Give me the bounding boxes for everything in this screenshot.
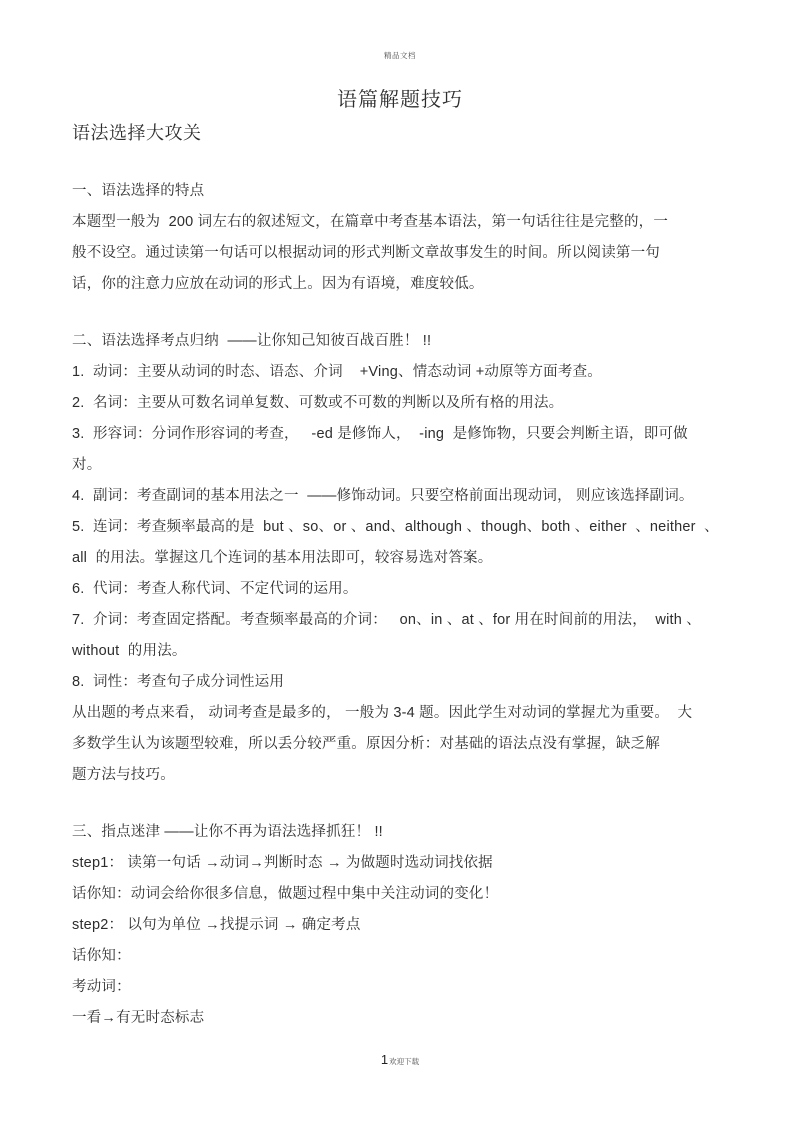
section-heading: 一、语法选择的特点: [72, 176, 772, 207]
document-title: 语篇解题技巧: [0, 83, 800, 112]
document-section: 一、语法选择的特点本题型一般为 200 词左右的叙述短文，在篇章中考查基本语法，…: [72, 176, 772, 300]
text-line: 4. 副词：考查副词的基本用法之一 ——修饰动词。只要空格前面出现动词， 则应该…: [72, 481, 772, 512]
document-page: 精品文档 语篇解题技巧 语法选择大攻关 一、语法选择的特点本题型一般为 200 …: [0, 0, 800, 1132]
text-line: 本题型一般为 200 词左右的叙述短文，在篇章中考查基本语法，第一句话往往是完整…: [72, 207, 772, 238]
text-line: all 的用法。掌握这几个连词的基本用法即可，较容易选对答案。: [72, 543, 772, 574]
text-line: 3. 形容词：分词作形容词的考查， -ed 是修饰人， -ing 是修饰物，只要…: [72, 419, 772, 450]
text-line: 6. 代词：考查人称代词、不定代词的运用。: [72, 574, 772, 605]
text-line: 多数学生认为该题型较难，所以丢分较严重。原因分析：对基础的语法点没有掌握，缺乏解: [72, 729, 772, 760]
text-line: 话你知：动词会给你很多信息，做题过程中集中关注动词的变化！: [72, 879, 772, 910]
section-heading: 三、指点迷津 ——让你不再为语法选择抓狂！ !!: [72, 817, 772, 848]
text-line: 考动词：: [72, 972, 772, 1003]
text-line: 一看→有无时态标志: [72, 1003, 772, 1034]
text-line: 7. 介词：考查固定搭配。考查频率最高的介词： on、in 、at 、for 用…: [72, 605, 772, 636]
document-subtitle: 语法选择大攻关: [72, 119, 202, 145]
text-line: step2： 以句为单位 →找提示词 → 确定考点: [72, 910, 772, 941]
text-line: step1： 读第一句话 →动词→判断时态 → 为做题时选动词找依据: [72, 848, 772, 879]
text-line: 从出题的考点来看， 动词考查是最多的， 一般为 3-4 题。因此学生对动词的掌握…: [72, 698, 772, 729]
page-footer: 1 欢迎下载: [0, 1052, 800, 1072]
text-line: 话你知：: [72, 941, 772, 972]
text-line: 般不设空。通过读第一句话可以根据动词的形式判断文章故事发生的时间。所以阅读第一句: [72, 238, 772, 269]
text-line: 题方法与技巧。: [72, 760, 772, 791]
watermark-text: 精品文档: [0, 50, 800, 61]
page-number: 1: [381, 1052, 388, 1067]
text-line: without 的用法。: [72, 636, 772, 667]
text-line: 2. 名词：主要从可数名词单复数、可数或不可数的判断以及所有格的用法。: [72, 388, 772, 419]
document-section: 三、指点迷津 ——让你不再为语法选择抓狂！ !!step1： 读第一句话 →动词…: [72, 817, 772, 1034]
document-body: 一、语法选择的特点本题型一般为 200 词左右的叙述短文，在篇章中考查基本语法，…: [72, 176, 772, 1034]
section-heading: 二、语法选择考点归纳 ——让你知己知彼百战百胜！ !!: [72, 326, 772, 357]
text-line: 8. 词性：考查句子成分词性运用: [72, 667, 772, 698]
text-line: 话，你的注意力应放在动词的形式上。因为有语境，难度较低。: [72, 269, 772, 300]
footer-download-label: 欢迎下载: [389, 1056, 419, 1067]
text-line: 1. 动词：主要从动词的时态、语态、介词 +Ving、情态动词 +动原等方面考查…: [72, 357, 772, 388]
text-line: 对。: [72, 450, 772, 481]
document-section: 二、语法选择考点归纳 ——让你知己知彼百战百胜！ !!1. 动词：主要从动词的时…: [72, 326, 772, 791]
text-line: 5. 连词：考查频率最高的是 but 、so、or 、and、although …: [72, 512, 772, 543]
